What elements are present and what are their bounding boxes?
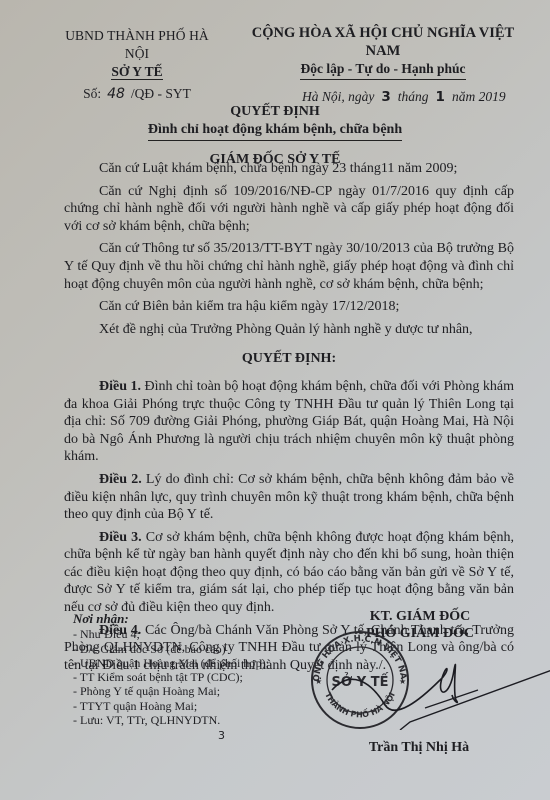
doc-number-handwritten: 48 [107, 86, 125, 102]
date-month-label: tháng [398, 89, 429, 104]
preamble-item: Căn cứ Nghị định số 109/2016/NĐ-CP ngày … [64, 183, 514, 236]
national-header: CỘNG HÒA XÃ HỘI CHỦ NGHĨA VIỆT NAM Độc l… [238, 24, 528, 106]
issuing-agency-header: UBND THÀNH PHỐ HÀ NỘI SỞ Y TẾ Số:48/QĐ -… [62, 27, 212, 103]
recipients-list: Nơi nhận: - Như Điều 4; - Đ/c Giám đốc S… [73, 612, 269, 727]
recipient-item: - Lưu: VT, TTr, QLHNYDTN. [73, 713, 269, 727]
article-label: Điều 3. [99, 530, 142, 545]
recipient-item: - TTYT quận Hoàng Mai; [73, 699, 269, 713]
nation-name: CỘNG HÒA XÃ HỘI CHỦ NGHĨA VIỆT NAM [238, 24, 528, 60]
decision-heading: QUYẾT ĐỊNH: [64, 350, 514, 368]
preamble-item: Xét đề nghị của Trưởng Phòng Quản lý hàn… [64, 321, 514, 339]
recipient-item: - TT Kiểm soát bệnh tật TP (CDC); [73, 670, 269, 684]
agency-name: UBND THÀNH PHỐ HÀ NỘI [62, 27, 212, 63]
article-3: Điều 3. Cơ sở khám bệnh, chữa bệnh không… [64, 529, 514, 617]
preamble-item: Căn cứ Biên bản kiểm tra hậu kiểm ngày 1… [64, 298, 514, 316]
recipient-item: - Phòng Y tế quận Hoàng Mai; [73, 684, 269, 698]
signer-name: Trần Thị Nhị Hà [344, 740, 494, 756]
document-subject: Đình chỉ hoạt động khám bệnh, chữa bệnh [148, 121, 402, 141]
article-2: Điều 2. Lý do đình chỉ: Cơ sở khám bệnh,… [64, 471, 514, 524]
handwritten-note: 3 [218, 729, 225, 743]
recipient-item: - Đ/c Giám đốc Sở (để báo cáo) [73, 642, 269, 656]
recipients-title: Nơi nhận: [73, 612, 269, 626]
department-name: SỞ Y TẾ [111, 64, 162, 80]
date-place: Hà Nội, ngày [302, 89, 374, 104]
signature-line-1: KT. GIÁM ĐỐC [330, 608, 510, 625]
doc-number-suffix: /QĐ - SYT [131, 86, 191, 101]
handwritten-signature-icon [330, 650, 550, 730]
svg-text:★: ★ [315, 677, 322, 686]
document-page: UBND THÀNH PHỐ HÀ NỘI SỞ Y TẾ Số:48/QĐ -… [0, 0, 550, 800]
preamble-item: Căn cứ Luật khám bệnh, chữa bệnh ngày 23… [64, 160, 514, 178]
document-number: Số:48/QĐ - SYT [62, 85, 212, 103]
article-label: Điều 1. [99, 379, 141, 394]
document-title-block: QUYẾT ĐỊNH Đình chỉ hoạt động khám bệnh,… [0, 103, 550, 168]
date-year: năm 2019 [452, 89, 506, 104]
document-kind: QUYẾT ĐỊNH [0, 103, 550, 120]
preamble-item: Căn cứ Thông tư số 35/2013/TT-BYT ngày 3… [64, 240, 514, 293]
doc-number-prefix: Số: [83, 86, 101, 101]
recipient-item: - UBND quận Hoàng Mai (để phối hợp); [73, 656, 269, 670]
article-label: Điều 2. [99, 472, 142, 487]
national-motto: Độc lập - Tự do - Hạnh phúc [300, 60, 465, 80]
document-body: Căn cứ Luật khám bệnh, chữa bệnh ngày 23… [64, 160, 514, 679]
article-1: Điều 1. Đình chỉ toàn bộ hoạt động khám … [64, 378, 514, 466]
recipient-item: - Như Điều 4; [73, 627, 269, 641]
